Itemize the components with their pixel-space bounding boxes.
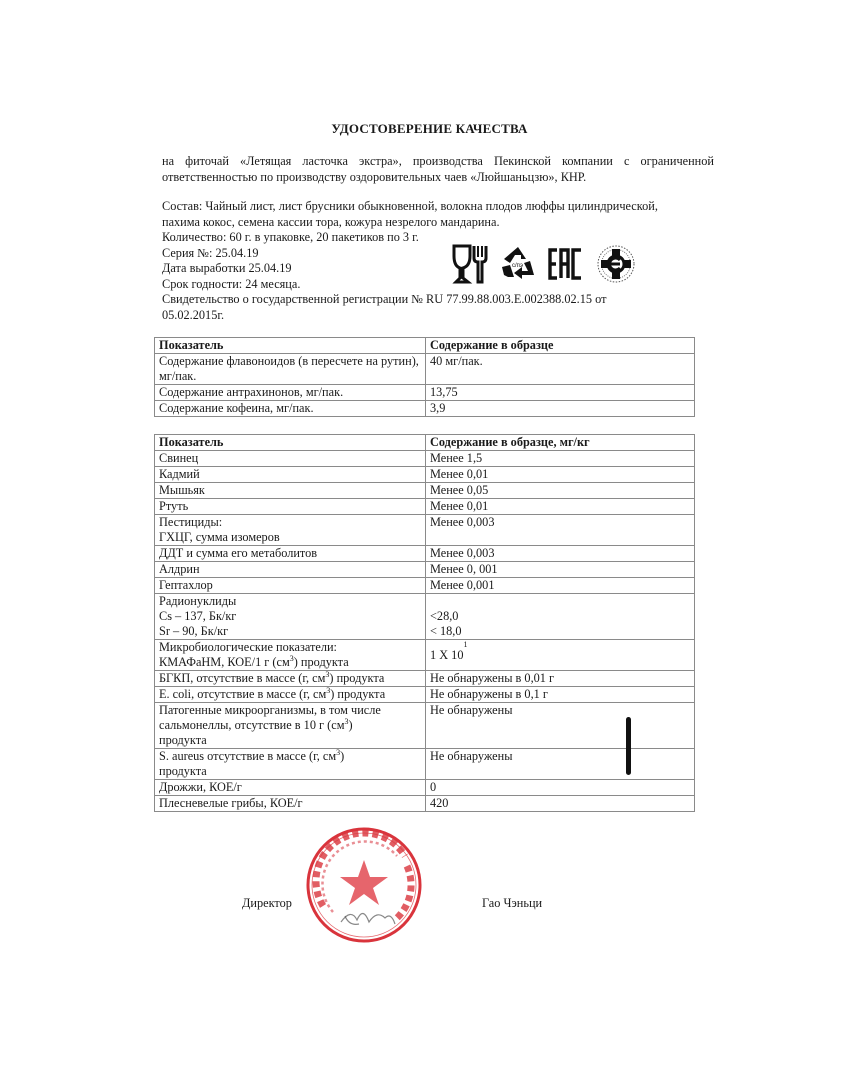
value-cell: 13,75 bbox=[426, 385, 695, 401]
table-row: E. coli, отсутствие в массе (г, см3) про… bbox=[155, 687, 695, 703]
value-cell: Не обнаружены bbox=[426, 749, 695, 780]
recycle-icon: с/пэ bbox=[500, 245, 536, 283]
certification-logos: с/пэ bbox=[452, 243, 636, 285]
intro-paragraph: на фиточай «Летящая ласточка экстра», пр… bbox=[162, 153, 714, 185]
shelf-life-text: Срок годности: 24 месяца. bbox=[162, 277, 722, 293]
table-row: ГептахлорМенее 0,001 bbox=[155, 578, 695, 594]
indicator-cell: Ртуть bbox=[155, 499, 426, 515]
registration-line: Свидетельство о государственной регистра… bbox=[162, 292, 722, 308]
indicator-cell: Содержание антрахинонов, мг/пак. bbox=[155, 385, 426, 401]
table-header-row: Показатель Содержание в образце bbox=[155, 338, 695, 354]
table-row: S. aureus отсутствие в массе (г, см3)про… bbox=[155, 749, 695, 780]
table-row: РтутьМенее 0,01 bbox=[155, 499, 695, 515]
indicator-cell: Содержание флавоноидов (в пересчете на р… bbox=[155, 354, 426, 385]
value-cell: Не обнаружены в 0,1 г bbox=[426, 687, 695, 703]
value-cell: <28,0< 18,0 bbox=[426, 594, 695, 640]
header-cell: Содержание в образце, мг/кг bbox=[426, 435, 695, 451]
value-cell: 1 X 101 bbox=[426, 640, 695, 671]
registration-line: 05.02.2015г. bbox=[162, 308, 722, 324]
table-row: МышьякМенее 0,05 bbox=[155, 483, 695, 499]
quantity-text: Количество: 60 г. в упаковке, 20 пакетик… bbox=[162, 230, 722, 246]
value-cell: Менее 0,01 bbox=[426, 467, 695, 483]
value-cell: Менее 0, 001 bbox=[426, 562, 695, 578]
indicator-cell: Свинец bbox=[155, 451, 426, 467]
indicator-cell: ДДТ и сумма его метаболитов bbox=[155, 546, 426, 562]
signatory-role: Директор bbox=[242, 896, 292, 911]
value-cell: Менее 0,01 bbox=[426, 499, 695, 515]
value-cell: Не обнаружены в 0,01 г bbox=[426, 671, 695, 687]
value-cell: Менее 0,05 bbox=[426, 483, 695, 499]
indicator-cell: Мышьяк bbox=[155, 483, 426, 499]
food-safe-glass-fork-icon bbox=[452, 244, 488, 284]
table-header-row: Показатель Содержание в образце, мг/кг bbox=[155, 435, 695, 451]
certification-seal-icon bbox=[596, 244, 636, 284]
indicator-cell: Патогенные микроорганизмы, в том числеса… bbox=[155, 703, 426, 749]
redaction-mark bbox=[626, 717, 631, 775]
table-row: АлдринМенее 0, 001 bbox=[155, 562, 695, 578]
table-row: Пестициды:ГХЦГ, сумма изомеров Менее 0,0… bbox=[155, 515, 695, 546]
indicator-cell: РадионуклидыCs – 137, Бк/кгSr – 90, Бк/к… bbox=[155, 594, 426, 640]
composition-line: пахима кокос, семена кассии тора, кожура… bbox=[162, 215, 722, 231]
table-row: Плесневелые грибы, КОЕ/г420 bbox=[155, 796, 695, 812]
value-cell: Менее 0,001 bbox=[426, 578, 695, 594]
table-row: Содержание антрахинонов, мг/пак. 13,75 bbox=[155, 385, 695, 401]
indicator-cell: Микробиологические показатели:КМАФаНМ, К… bbox=[155, 640, 426, 671]
table-row: Содержание флавоноидов (в пересчете на р… bbox=[155, 354, 695, 385]
table-row: Микробиологические показатели:КМАФаНМ, К… bbox=[155, 640, 695, 671]
indicator-cell: Кадмий bbox=[155, 467, 426, 483]
header-cell: Показатель bbox=[155, 435, 426, 451]
table-row: КадмийМенее 0,01 bbox=[155, 467, 695, 483]
safety-indicators-table: Показатель Содержание в образце, мг/кг С… bbox=[154, 434, 695, 812]
value-cell: 40 мг/пак. bbox=[426, 354, 695, 385]
value-cell: Менее 0,003 bbox=[426, 515, 695, 546]
indicator-cell: S. aureus отсутствие в массе (г, см3)про… bbox=[155, 749, 426, 780]
table-row: Патогенные микроорганизмы, в том числеса… bbox=[155, 703, 695, 749]
indicator-cell: Гептахлор bbox=[155, 578, 426, 594]
signatory-name: Гао Чэньци bbox=[482, 896, 542, 911]
eac-mark-icon bbox=[548, 246, 584, 282]
value-cell: 3,9 bbox=[426, 401, 695, 417]
indicator-cell: Дрожжи, КОЕ/г bbox=[155, 780, 426, 796]
value-cell: Менее 0,003 bbox=[426, 546, 695, 562]
product-details: Состав: Чайный лист, лист брусники обыкн… bbox=[162, 199, 722, 323]
intro-line: ответственностью по производству оздоров… bbox=[162, 169, 714, 185]
indicator-cell: БГКП, отсутствие в массе (г, см3) продук… bbox=[155, 671, 426, 687]
indicator-cell: Плесневелые грибы, КОЕ/г bbox=[155, 796, 426, 812]
company-stamp-icon bbox=[305, 826, 423, 944]
table-row: БГКП, отсутствие в массе (г, см3) продук… bbox=[155, 671, 695, 687]
indicator-cell: Алдрин bbox=[155, 562, 426, 578]
value-cell: Менее 1,5 bbox=[426, 451, 695, 467]
composition-line: Состав: Чайный лист, лист брусники обыкн… bbox=[162, 199, 722, 215]
series-text: Серия №: 25.04.19 bbox=[162, 246, 722, 262]
indicator-cell: Пестициды:ГХЦГ, сумма изомеров bbox=[155, 515, 426, 546]
document-title: УДОСТОВЕРЕНИЕ КАЧЕСТВА bbox=[0, 121, 859, 137]
value-cell: Не обнаружены bbox=[426, 703, 695, 749]
header-cell: Содержание в образце bbox=[426, 338, 695, 354]
value-cell: 0 bbox=[426, 780, 695, 796]
production-date-text: Дата выработки 25.04.19 bbox=[162, 261, 722, 277]
indicator-cell: E. coli, отсутствие в массе (г, см3) про… bbox=[155, 687, 426, 703]
table-row: ДДТ и сумма его метаболитовМенее 0,003 bbox=[155, 546, 695, 562]
indicators-table: Показатель Содержание в образце Содержан… bbox=[154, 337, 695, 417]
value-cell: 420 bbox=[426, 796, 695, 812]
intro-line: на фиточай «Летящая ласточка экстра», пр… bbox=[162, 153, 714, 169]
svg-text:с/пэ: с/пэ bbox=[512, 263, 523, 269]
table-row: СвинецМенее 1,5 bbox=[155, 451, 695, 467]
table-row: РадионуклидыCs – 137, Бк/кгSr – 90, Бк/к… bbox=[155, 594, 695, 640]
header-cell: Показатель bbox=[155, 338, 426, 354]
indicator-cell: Содержание кофеина, мг/пак. bbox=[155, 401, 426, 417]
table-row: Содержание кофеина, мг/пак. 3,9 bbox=[155, 401, 695, 417]
table-row: Дрожжи, КОЕ/г0 bbox=[155, 780, 695, 796]
